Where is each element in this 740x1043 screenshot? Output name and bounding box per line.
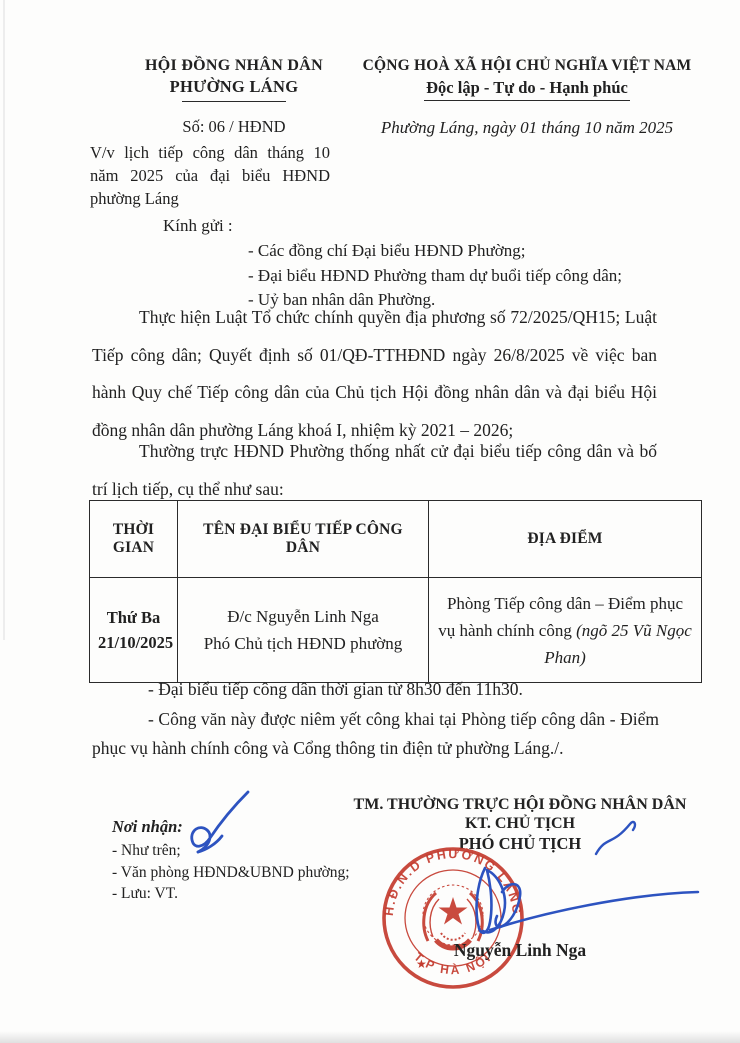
recipient-line: - Các đồng chí Đại biểu HĐND Phường; xyxy=(248,239,622,264)
body-paragraph-legal-basis: Thực hiện Luật Tổ chức chính quyền địa p… xyxy=(92,299,657,449)
initial-ink-mark xyxy=(590,816,650,862)
table-header-row: THỜI GIAN TÊN ĐẠI BIỂU TIẾP CÔNG DÂN ĐỊA… xyxy=(90,501,702,578)
national-motto: Độc lập - Tự do - Hạnh phúc xyxy=(424,78,630,101)
issuing-authority-line2: PHƯỜNG LÁNG xyxy=(86,77,382,97)
document-page: HỘI ĐỒNG NHÂN DÂN PHƯỜNG LÁNG Số: 06 / H… xyxy=(0,0,740,1043)
document-number: Số: 06 / HĐND xyxy=(86,117,382,137)
national-motto-block: CỘNG HOÀ XÃ HỘI CHỦ NGHĨA VIỆT NAM Độc l… xyxy=(352,57,702,138)
place-date-line: Phường Láng, ngày 01 tháng 10 năm 2025 xyxy=(352,118,702,138)
table-row: Thứ Ba 21/10/2025 Đ/c Nguyễn Linh Nga Ph… xyxy=(90,578,702,683)
distribution-item: - Lưu: VT. xyxy=(112,883,350,905)
col-header-delegate: TÊN ĐẠI BIỂU TIẾP CÔNG DÂN xyxy=(178,501,429,578)
signature-for-chairman: KT. CHỦ TỊCH xyxy=(330,815,710,833)
document-subject: V/v lịch tiếp công dân tháng 10 năm 2025… xyxy=(90,141,330,210)
handwritten-signature xyxy=(430,852,715,952)
col-header-location: ĐỊA ĐIỂM xyxy=(429,501,702,578)
signature-on-behalf: TM. THƯỜNG TRỰC HỘI ĐỒNG NHÂN DÂN xyxy=(330,796,710,814)
note-hours: - Đại biểu tiếp công dân thời gian từ 8h… xyxy=(92,679,657,700)
authority-underline xyxy=(182,101,286,102)
distribution-item: - Văn phòng HĐND&UBND phường; xyxy=(112,862,350,884)
schedule-table: THỜI GIAN TÊN ĐẠI BIỂU TIẾP CÔNG DÂN ĐỊA… xyxy=(89,500,701,683)
cell-location: Phòng Tiếp công dân – Điểm phục vụ hành … xyxy=(429,578,702,683)
note-publication: - Công văn này được niêm yết công khai t… xyxy=(92,705,659,762)
signer-name: Nguyễn Linh Nga xyxy=(420,940,620,961)
issuing-authority-block: HỘI ĐỒNG NHÂN DÂN PHƯỜNG LÁNG Số: 06 / H… xyxy=(86,57,382,210)
issuing-authority-line1: HỘI ĐỒNG NHÂN DÂN xyxy=(86,57,382,75)
body-paragraph-intro-schedule: Thường trực HĐND Phường thống nhất cử đạ… xyxy=(92,433,657,508)
scan-shadow-artifact xyxy=(0,1031,740,1043)
cell-delegate: Đ/c Nguyễn Linh Nga Phó Chủ tịch HĐND ph… xyxy=(178,578,429,683)
recipient-line: - Đại biểu HĐND Phường tham dự buổi tiếp… xyxy=(248,264,622,289)
cell-time: Thứ Ba 21/10/2025 xyxy=(90,578,178,683)
paraph-ink-mark xyxy=(170,786,260,858)
scan-edge-artifact xyxy=(3,0,5,640)
col-header-time: THỜI GIAN xyxy=(90,501,178,578)
national-title: CỘNG HOÀ XÃ HỘI CHỦ NGHĨA VIỆT NAM xyxy=(352,57,702,75)
salutation-label: Kính gửi : xyxy=(163,216,233,236)
